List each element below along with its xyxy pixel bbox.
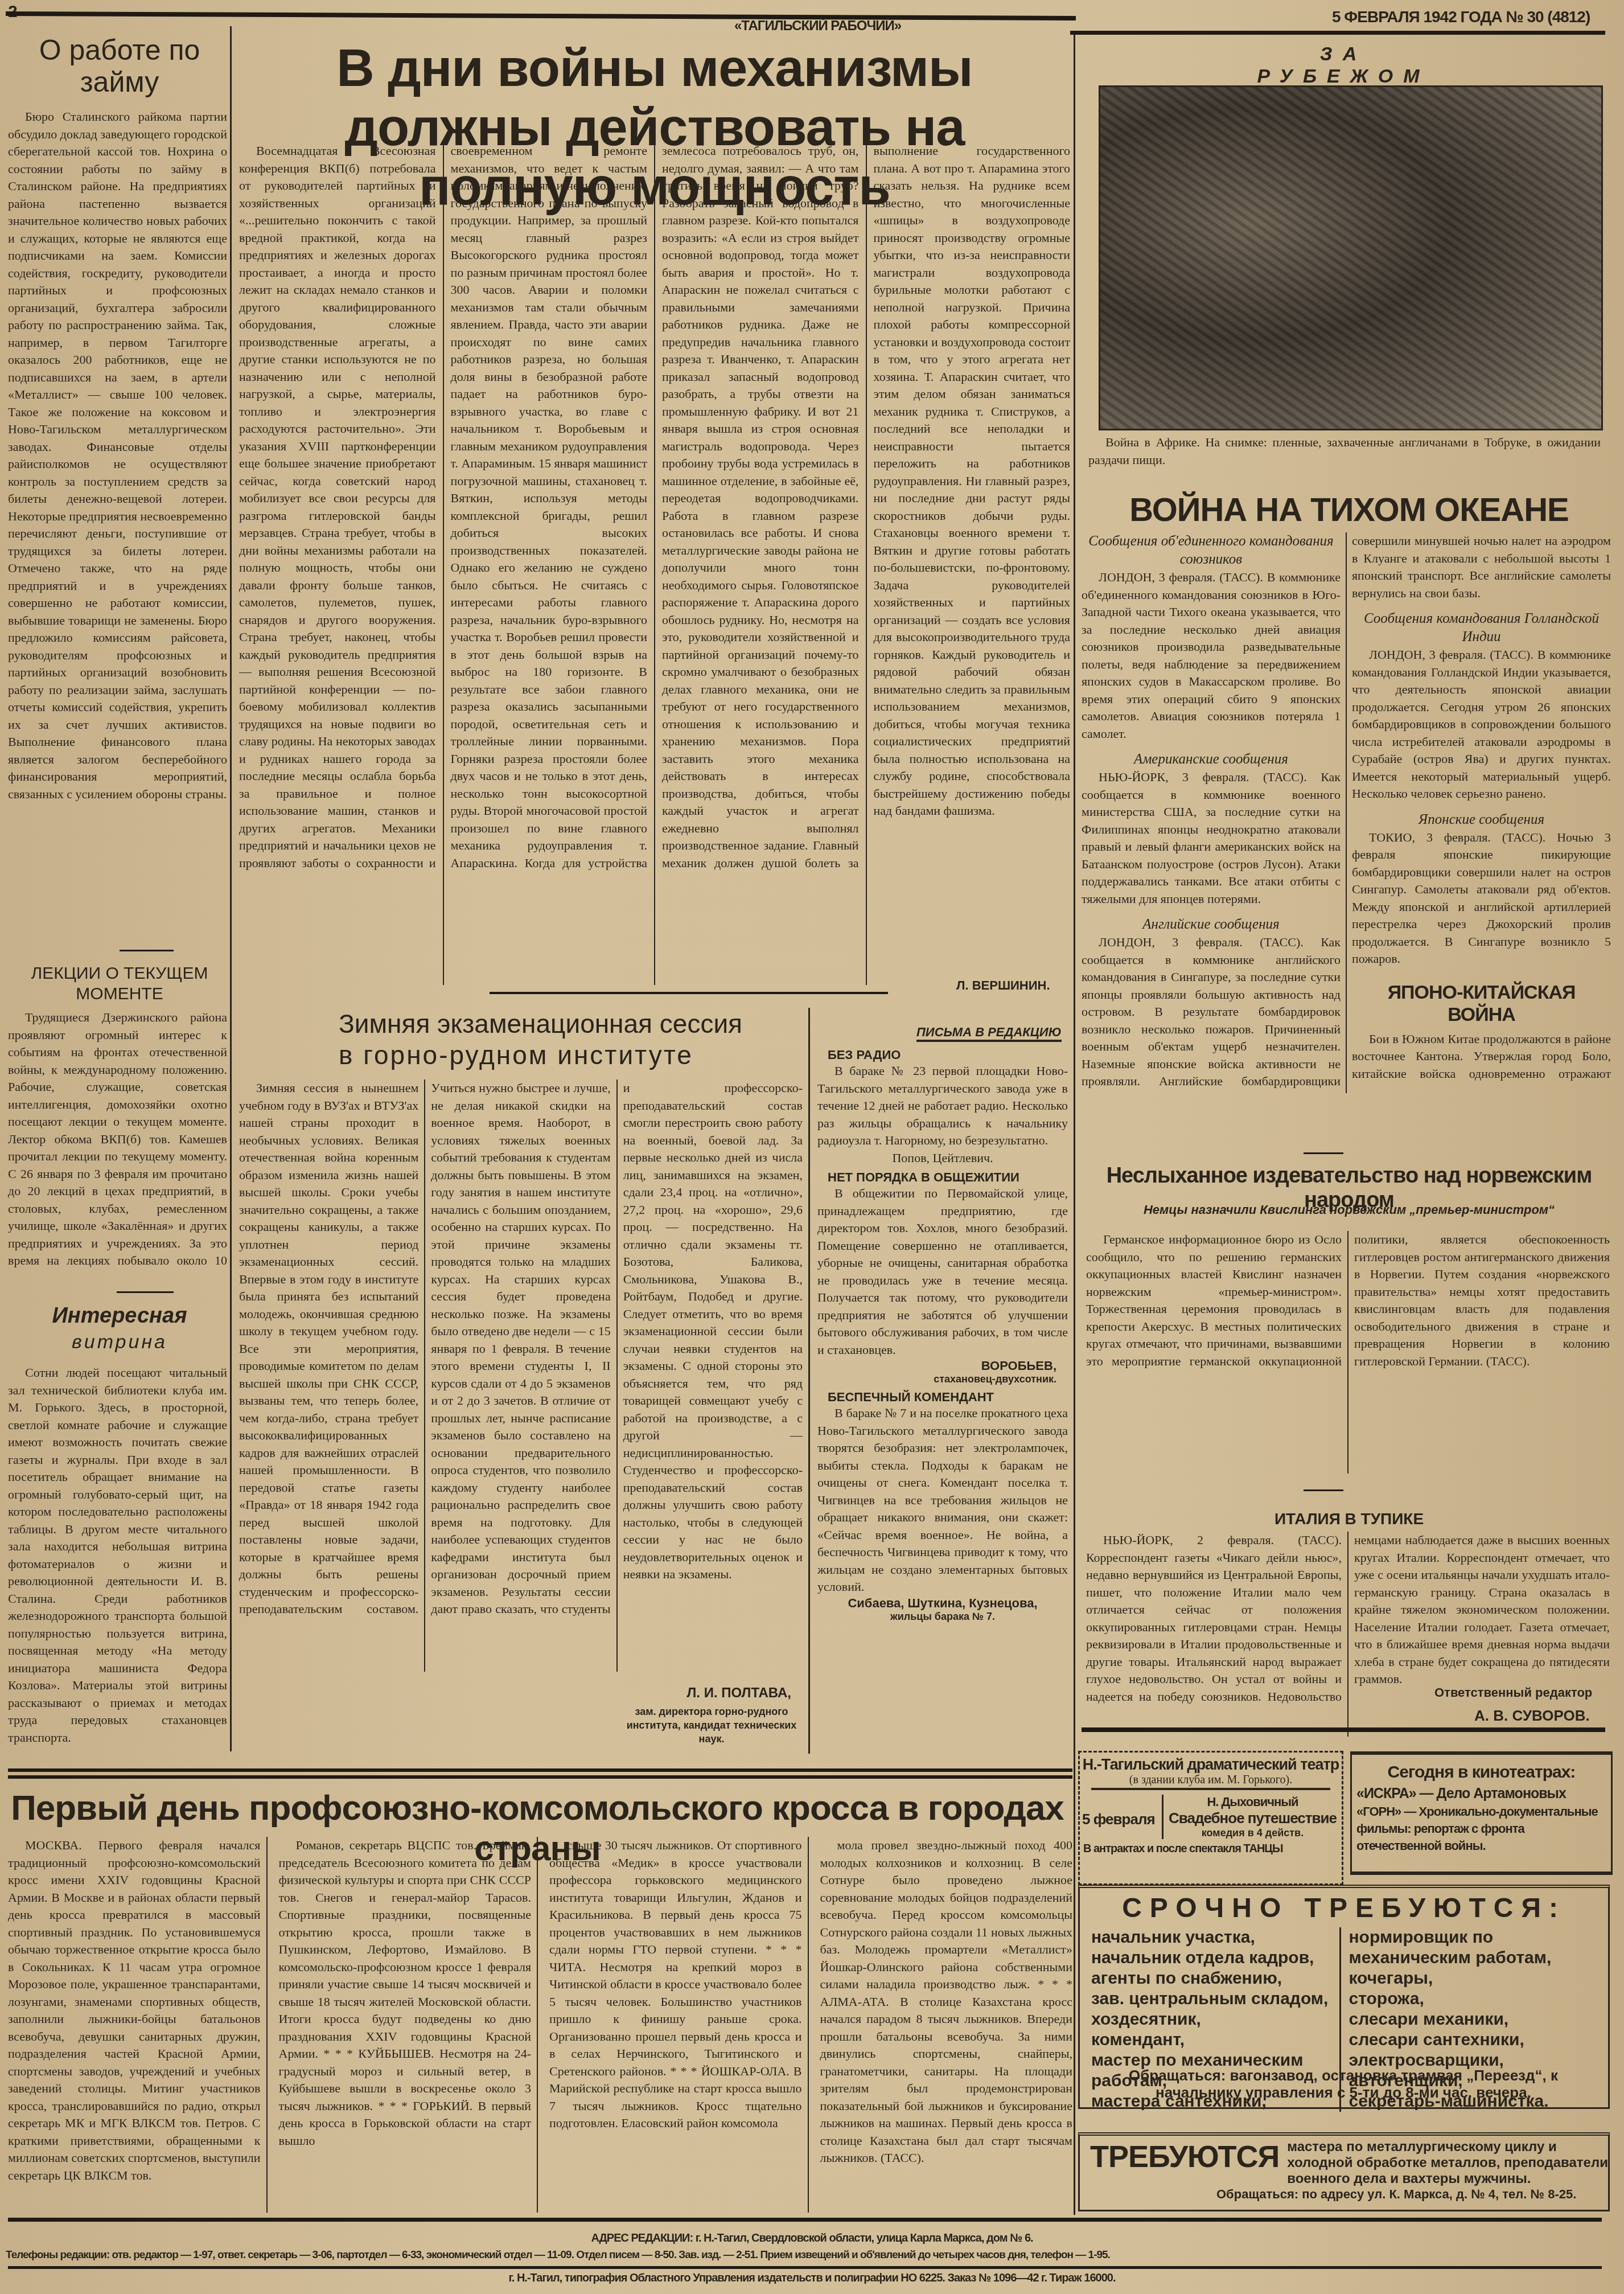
required-title: ТРЕБУЮТСЯ [1080, 2136, 1287, 2174]
cross-column: свыше 30 тысяч лыжников. От спортивного … [549, 1837, 809, 2213]
exam-signature-name: Л. И. ПОЛТАВА, [598, 1685, 791, 1701]
vacancy-item: слесари механики, [1349, 2009, 1597, 2030]
cross-column: МОСКВА. Первого февраля начался традицио… [8, 1837, 268, 2213]
masthead-rule-right [1070, 31, 1605, 35]
norway-body: Германское информационное бюро из Осло с… [1086, 1231, 1610, 1474]
separator [1304, 1489, 1343, 1491]
report-subtitle: Сообщения командования Голландской Индии [1352, 610, 1611, 646]
sino-japanese-headline: ЯПОНО-КИТАЙСКАЯ ВОЙНА [1352, 982, 1611, 1026]
required-body: мастера по металлургическому циклу и хол… [1287, 2136, 1608, 2187]
theatre-location: (в здании клуба им. М. Горького). [1091, 1774, 1330, 1790]
separator [1304, 1152, 1343, 1154]
letter-signature-title: стахановец-двухсотник. [817, 1373, 1068, 1385]
separator [490, 992, 888, 994]
urgent-title: СРОЧНО ТРЕБУЮТСЯ: [1080, 1893, 1608, 1924]
theatre-genre: комедия в 4 действ. [1163, 1827, 1342, 1839]
report-body: НЬЮ-ЙОРК, 3 февраля. (ТАСС). Как сообщае… [1082, 769, 1341, 908]
vacancy-item: зав. центральным складом, [1091, 1989, 1339, 2009]
showcase-title-line2: витрина [11, 1331, 228, 1353]
separator [1082, 1727, 1605, 1732]
letter-body: В бараке № 7 и на поселке прокатного цех… [817, 1405, 1068, 1596]
abroad-section-title: ЗА РУБЕЖОМ [1230, 43, 1457, 91]
letters-column: БЕЗ РАДИО В бараке № 23 первой площадки … [817, 1048, 1068, 1754]
urgent-contact: Обращаться: вагонзавод, остановка трамва… [1093, 2067, 1594, 2101]
separator [117, 1291, 174, 1293]
separator [8, 1768, 1072, 1772]
theatre-author: Н. Дыховичный [1163, 1795, 1342, 1809]
editor-name: А. В. СУВОРОВ. [1474, 1707, 1590, 1725]
vacancy-item: начальник участка, [1091, 1927, 1339, 1948]
required-contact: Обращаться: по адресу ул. К. Маркса, д. … [1216, 2187, 1608, 2202]
separator [8, 1775, 1072, 1779]
letters-section-title: ПИСЬМА В РЕДАКЦИЮ [916, 1025, 1062, 1042]
footer-address: АДРЕС РЕДАКЦИИ: г. Н.-Тагил, Свердловско… [0, 2232, 1624, 2245]
exam-headline-2: в горно-рудном институте [339, 1040, 693, 1070]
column-divider [230, 26, 232, 1751]
photo-prisoners-tobruk [1099, 85, 1603, 430]
vacancy-item: слесари сантехники, [1349, 2030, 1597, 2050]
letter-signature-name: ВОРОБЬЕВ, [817, 1359, 1068, 1373]
exam-article-body: Зимняя сессия в нынешнем учебном году в … [239, 1080, 803, 1672]
column-divider [808, 1008, 810, 1754]
italy-body: НЬЮ-ЙОРК, 2 февраля. (ТАСС). Корреспонде… [1086, 1532, 1610, 1737]
loan-article-title: О работе по займу [11, 34, 228, 98]
exam-headline-1: Зимняя экзаменационная сессия [339, 1008, 742, 1040]
cross-columns: МОСКВА. Первого февраля начался традицио… [8, 1837, 1072, 2213]
column-divider [1074, 34, 1075, 2215]
cinema-ad: Сегодня в кинотеатрах: «ИСКРА» — Дело Ар… [1350, 1751, 1613, 1875]
showcase-article-body: Сотни людей посещают читальный зал техни… [8, 1364, 227, 1751]
letter-title: НЕТ ПОРЯДКА В ОБЩЕЖИТИИ [828, 1170, 1068, 1185]
lectures-article-title: ЛЕКЦИИ О ТЕКУЩЕМ МОМЕНТЕ [11, 963, 228, 1004]
vacancy-item: комендант, [1091, 2030, 1339, 2050]
report-subtitle: Сообщения об'единенного командования сою… [1082, 532, 1341, 569]
vacancy-item: агенты по снабжению, [1091, 1968, 1339, 1989]
theatre-ad: Н.-Тагильский драматический театр (в зда… [1078, 1751, 1343, 1885]
report-body: ТОКИО, 3 февраля. (ТАСС). Ночью 3 феврал… [1352, 829, 1611, 968]
footer-rule [8, 2266, 1602, 2269]
letter-title: БЕСПЕЧНЫЙ КОМЕНДАНТ [828, 1390, 1068, 1405]
cinema-title: Сегодня в кинотеатрах: [1352, 1763, 1611, 1782]
footer-printer: г. Н.-Тагил, типография Областного Управ… [0, 2272, 1624, 2285]
masthead-rule [6, 11, 1076, 20]
letter-title: БЕЗ РАДИО [828, 1048, 1068, 1062]
newspaper-page: 2 «ТАГИЛЬСКИЙ РАБОЧИЙ» 5 ФЕВРАЛЯ 1942 ГО… [0, 0, 1624, 2294]
vacancy-item: хоздесятник, [1091, 2009, 1339, 2030]
footer-phones: Телефоны редакции: отв. редактор — 1-97,… [6, 2249, 1622, 2262]
letter-body: В общежитии по Первомайской улице, прина… [817, 1185, 1068, 1359]
newspaper-name: «ТАГИЛЬСКИЙ РАБОЧИЙ» [734, 18, 901, 34]
lectures-article-body: Трудящиеся Дзержинского района проявляют… [8, 1009, 227, 1277]
cinema-listing: «ГОРН» — Хроникально-документальные филь… [1356, 1803, 1606, 1854]
vacancy-item: нормировщик по механическим работам, [1349, 1927, 1597, 1968]
report-body: ЛОНДОН, 3 февраля. (ТАСС). В коммюнике к… [1352, 646, 1611, 803]
loan-article-body: Бюро Сталинского райкома партии обсудило… [8, 108, 227, 939]
vacancy-item: кочегары, [1349, 1968, 1597, 1989]
pacific-reports: Сообщения об'единенного командования сою… [1082, 532, 1611, 1093]
exam-signature-title: зам. директора горно-рудного института, … [620, 1705, 803, 1746]
pacific-headline: ВОЙНА НА ТИХОМ ОКЕАНЕ [1082, 491, 1617, 529]
theatre-title: Н.-Тагильский драматический театр [1080, 1756, 1342, 1774]
report-subtitle: Американские сообщения [1082, 750, 1341, 769]
letter-body: В бараке № 23 первой площадки Ново-Тагил… [817, 1062, 1068, 1150]
theatre-date: 5 февраля [1080, 1795, 1163, 1839]
required-ad: ТРЕБУЮТСЯ мастера по металлургическому ц… [1078, 2132, 1610, 2211]
theatre-play: Свадебное путешествие [1163, 1809, 1342, 1827]
letter-signature-name: Сибаева, Шуткина, Кузнецова, [817, 1596, 1068, 1611]
cross-column: мола провел звездно-лыжный поход 400 мол… [820, 1837, 1073, 2213]
cinema-listing: «ИСКРА» — Дело Артамоновых [1356, 1786, 1606, 1802]
norway-subheadline: Немцы назначили Квислинга норвежским „пр… [1082, 1203, 1617, 1217]
letter-signature-title: жильцы барака № 7. [817, 1611, 1068, 1623]
editor-label: Ответственный редактор [1434, 1685, 1592, 1700]
report-subtitle: Английские сообщения [1082, 916, 1341, 934]
lead-signature: Л. ВЕРШИНИН. [956, 978, 1050, 993]
lead-article-body: Восемнадцатая Всесоюзная конференция ВКП… [239, 142, 1070, 985]
vacancy-item: начальник отдела кадров, [1091, 1948, 1339, 1968]
separator [120, 950, 174, 951]
letter-signature: Попов, Цейтлевич. [817, 1150, 1068, 1167]
showcase-title-line1: Интересная [11, 1304, 228, 1328]
report-body: ЛОНДОН, 3 февраля. (ТАСС). В коммюнике о… [1082, 569, 1341, 742]
theatre-note: В антрактах и после спектакля ТАНЦЫ [1083, 1842, 1338, 1856]
photo-caption: Война в Африке. На снимке: пленные, захв… [1088, 434, 1601, 469]
italy-headline: ИТАЛИЯ В ТУПИКЕ [1082, 1510, 1617, 1528]
footer-rule [8, 2218, 1602, 2222]
dateline: 5 ФЕВРАЛЯ 1942 ГОДА № 30 (4812) [1332, 8, 1590, 26]
report-subtitle: Японские сообщения [1352, 811, 1611, 829]
vacancy-item: сторожа, [1349, 1989, 1597, 2009]
cross-column: Романов, секретарь ВЦСПС тов. Брейман, п… [279, 1837, 538, 2213]
